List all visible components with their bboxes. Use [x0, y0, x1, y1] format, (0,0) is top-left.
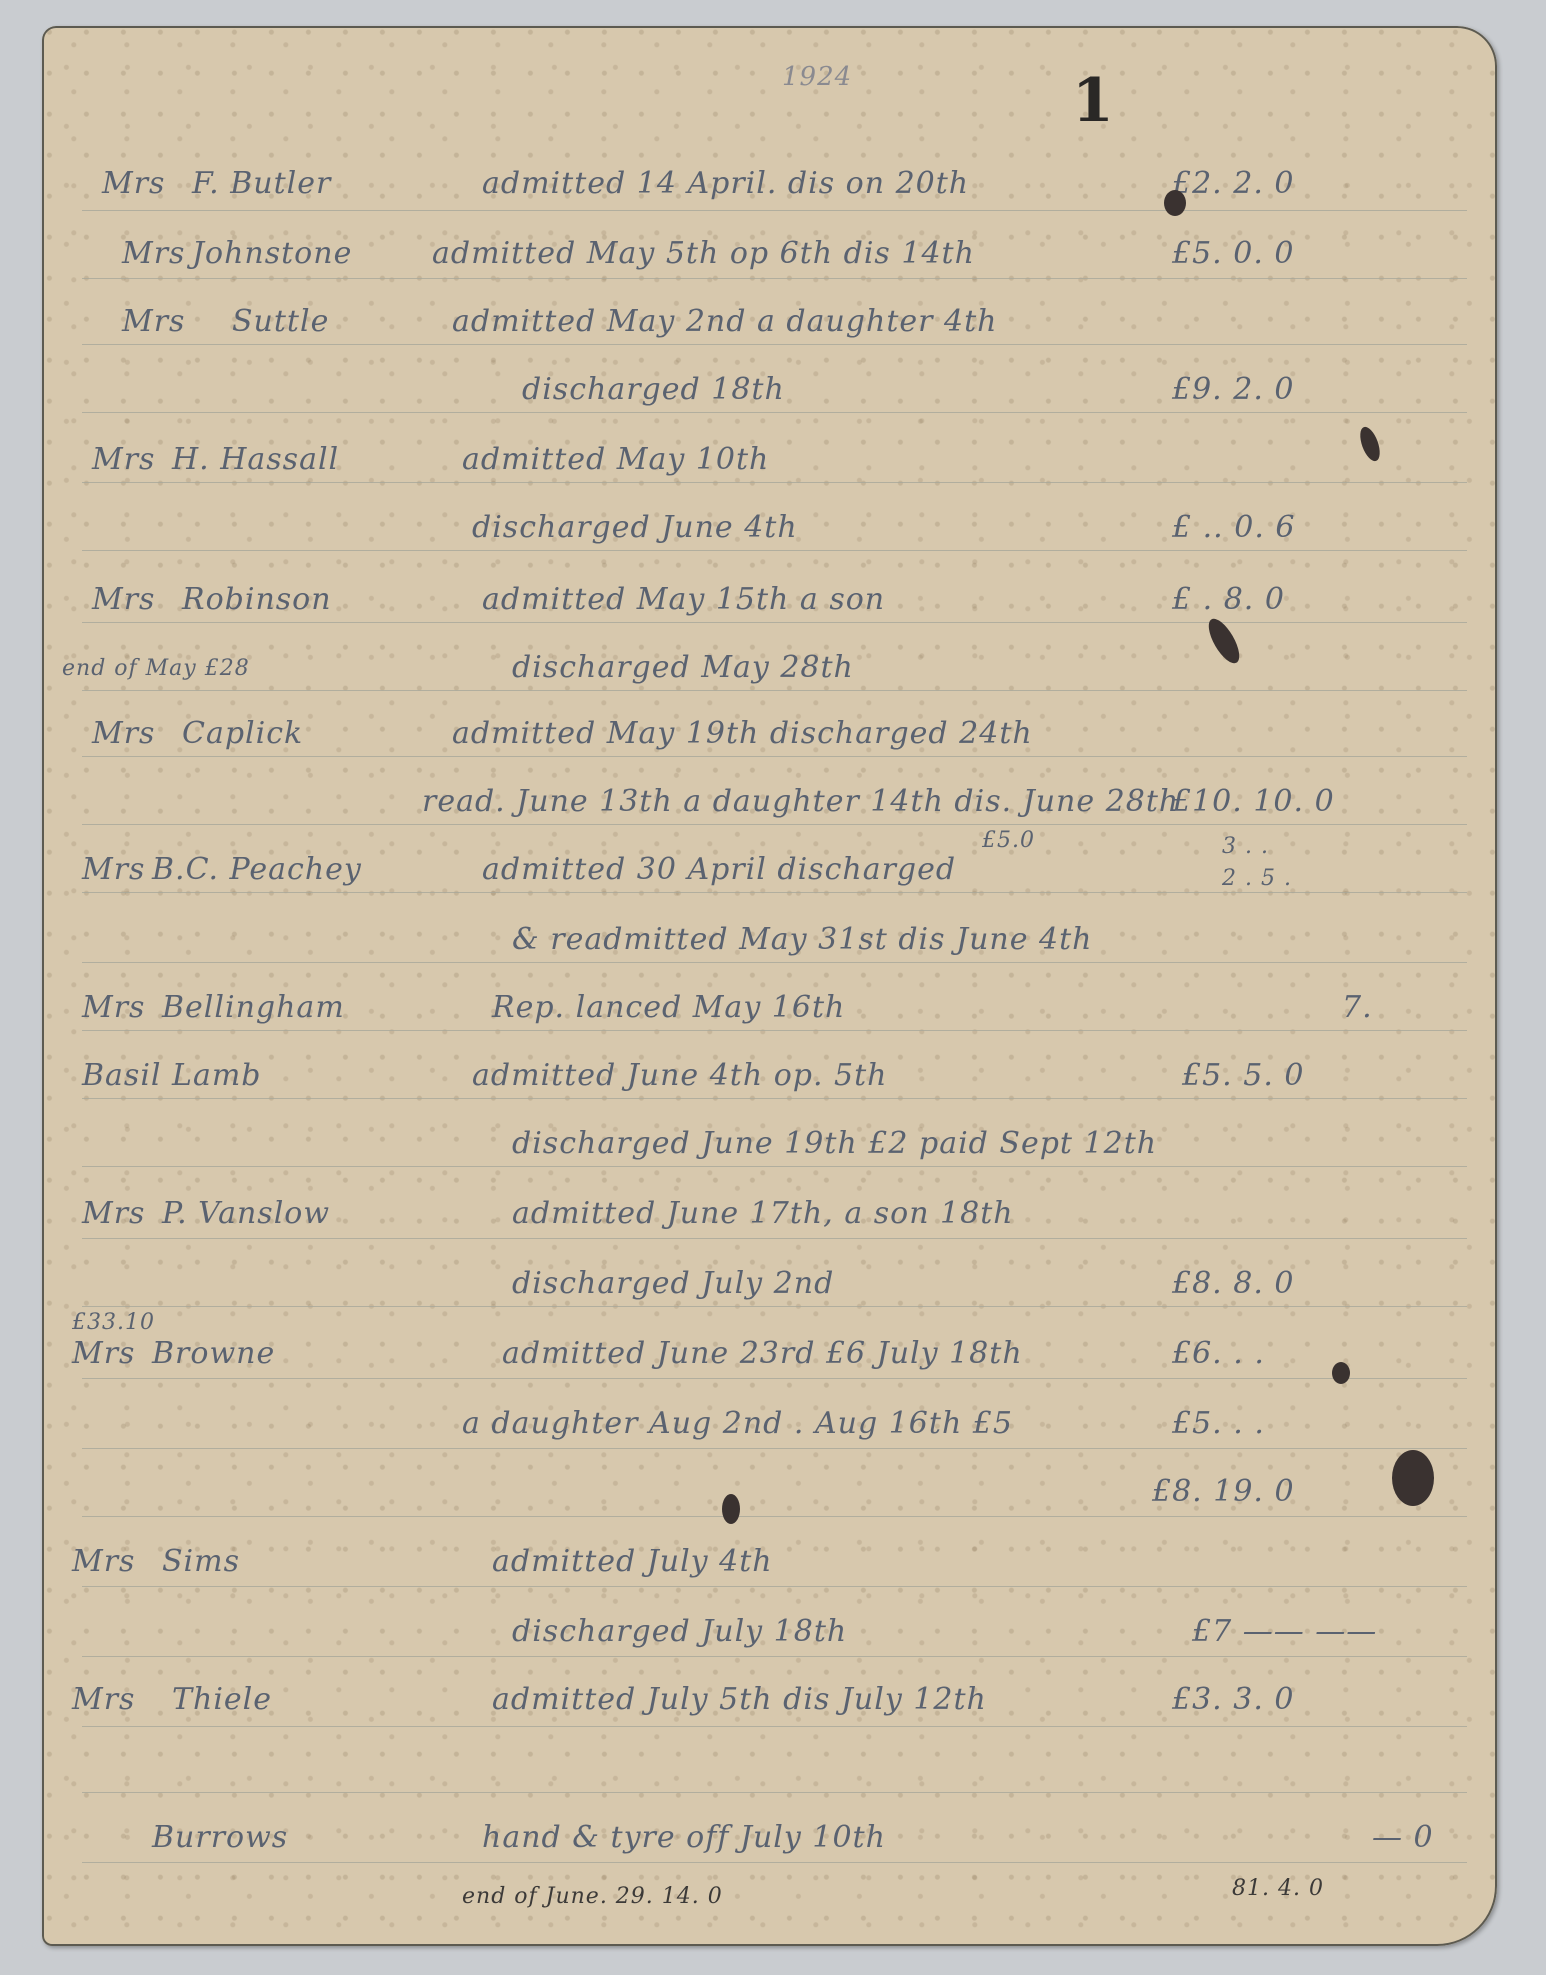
entry-amount: £10. 10. 0	[1172, 784, 1335, 819]
entry-name: P. Vanslow	[162, 1196, 330, 1231]
ruled-line	[82, 1166, 1467, 1167]
ruled-line	[82, 1030, 1467, 1031]
entry-amount: £ .. 0. 6	[1172, 510, 1295, 545]
ledger-page: 1924 1 Mrs F. Butler admitted 14 April. …	[42, 26, 1497, 1946]
ruled-line	[82, 622, 1467, 623]
entry-prefix: Mrs	[92, 442, 155, 477]
entry-prefix: Mrs	[72, 1336, 135, 1371]
ruled-line	[82, 1586, 1467, 1587]
ruled-line	[82, 824, 1467, 825]
entry-amount: £7 —— ——	[1192, 1614, 1377, 1649]
entry-prefix: Mrs	[92, 716, 155, 751]
entry-name: Basil Lamb	[82, 1058, 262, 1093]
ruled-line	[82, 550, 1467, 551]
year-annotation: 1924	[782, 62, 852, 92]
entry-note: admitted May 10th	[462, 442, 769, 477]
ruled-line	[82, 1516, 1467, 1517]
footer-total: 81. 4. 0	[1232, 1876, 1324, 1901]
ink-blot	[1164, 190, 1186, 216]
entry-note: admitted June 23rd £6 July 18th	[502, 1336, 1023, 1371]
entry-name: Thiele	[172, 1682, 272, 1717]
entry-note: discharged June 19th £2 paid Sept 12th	[512, 1126, 1157, 1161]
entry-amount: £6. . .	[1172, 1336, 1265, 1371]
ruled-line	[82, 1098, 1467, 1099]
entry-subnote: £5.0	[982, 828, 1035, 853]
footer-end-of-june: end of June. 29. 14. 0	[462, 1884, 723, 1909]
entry-note: discharged June 4th	[472, 510, 798, 545]
entry-prefix: Mrs	[72, 1544, 135, 1579]
entry-amount: £8. 8. 0	[1172, 1266, 1295, 1301]
entry-name: B.C. Peachey	[152, 852, 362, 887]
entry-prefix: Mrs	[122, 304, 185, 339]
entry-name: Johnstone	[192, 236, 352, 271]
entry-name: F. Butler	[192, 166, 331, 201]
entry-name: Bellingham	[162, 990, 345, 1025]
entry-name: Caplick	[182, 716, 303, 751]
entry-note: a daughter Aug 2nd . Aug 16th £5	[462, 1406, 1013, 1441]
entry-amount: £5. 0. 0	[1172, 236, 1295, 271]
entry-prefix: Mrs	[82, 990, 145, 1025]
entry-note: & readmitted May 31st dis June 4th	[512, 922, 1092, 957]
ruled-line	[82, 412, 1467, 413]
ruled-line	[82, 1378, 1467, 1379]
entry-name: Browne	[152, 1336, 275, 1371]
entry-note: discharged July 18th	[512, 1614, 847, 1649]
entry-note: discharged July 2nd	[512, 1266, 834, 1301]
entry-note: admitted May 19th discharged 24th	[452, 716, 1033, 751]
ruled-line	[82, 278, 1467, 279]
entry-name: Burrows	[152, 1820, 288, 1855]
ruled-line	[82, 344, 1467, 345]
entry-note: read. June 13th a daughter 14th dis. Jun…	[422, 784, 1179, 819]
margin-note-end-of-may: end of May £28	[62, 656, 250, 681]
entry-prefix: Mrs	[82, 852, 145, 887]
entry-name: H. Hassall	[172, 442, 339, 477]
entry-note: admitted July 5th dis July 12th	[492, 1682, 987, 1717]
entry-note: Rep. lanced May 16th	[492, 990, 845, 1025]
ruled-line	[82, 1448, 1467, 1449]
ruled-line	[82, 1792, 1467, 1793]
ruled-line	[82, 962, 1467, 963]
ruled-line	[82, 1306, 1467, 1307]
ruled-line	[82, 892, 1467, 893]
entry-amount: £9. 2. 0	[1172, 372, 1295, 407]
entry-note: admitted May 5th op 6th dis 14th	[432, 236, 975, 271]
entry-amount: £8. 19. 0	[1152, 1474, 1295, 1509]
entry-amount: £5. . .	[1172, 1406, 1265, 1441]
entry-prefix: Mrs	[92, 582, 155, 617]
ruled-line	[82, 756, 1467, 757]
ruled-line	[82, 1862, 1467, 1863]
entry-name: Robinson	[182, 582, 332, 617]
ink-blot	[1356, 424, 1383, 463]
entry-prefix: Mrs	[102, 166, 165, 201]
entry-amount: — 0	[1372, 1820, 1434, 1855]
entry-amount: £3. 3. 0	[1172, 1682, 1295, 1717]
entry-amount: £ . 8. 0	[1172, 582, 1285, 617]
ink-blot	[1392, 1450, 1434, 1506]
entry-name: Sims	[162, 1544, 240, 1579]
margin-total: £33.10	[72, 1310, 155, 1335]
entry-amount: £5. 5. 0	[1182, 1058, 1305, 1093]
ink-blot	[1332, 1362, 1350, 1384]
ruled-line	[82, 1726, 1467, 1727]
ruled-line	[82, 690, 1467, 691]
entry-prefix: Mrs	[72, 1682, 135, 1717]
ruled-line	[82, 1238, 1467, 1239]
entry-note: discharged May 28th	[512, 650, 854, 685]
ruled-line	[82, 482, 1467, 483]
entry-note: admitted July 4th	[492, 1544, 773, 1579]
entry-note: admitted 14 April. dis on 20th	[482, 166, 969, 201]
page-number: 1	[1072, 66, 1115, 136]
ruled-line	[82, 210, 1467, 211]
entry-prefix: Mrs	[122, 236, 185, 271]
entry-note: admitted 30 April discharged	[482, 852, 956, 887]
entry-note: hand & tyre off July 10th	[482, 1820, 886, 1855]
entry-note: admitted June 17th, a son 18th	[512, 1196, 1014, 1231]
entry-prefix: Mrs	[82, 1196, 145, 1231]
ruled-line	[82, 1656, 1467, 1657]
entry-amount: 7.	[1342, 990, 1373, 1025]
entry-name: Suttle	[232, 304, 329, 339]
entry-amount: 2 . 5 .	[1222, 866, 1292, 891]
entry-note: admitted May 15th a son	[482, 582, 885, 617]
entry-amount: 3 . .	[1222, 834, 1269, 859]
entry-note: admitted May 2nd a daughter 4th	[452, 304, 997, 339]
entry-note: admitted June 4th op. 5th	[472, 1058, 888, 1093]
ink-blot	[722, 1494, 740, 1524]
entry-amount: £2. 2. 0	[1172, 166, 1295, 201]
entry-note: discharged 18th	[522, 372, 785, 407]
